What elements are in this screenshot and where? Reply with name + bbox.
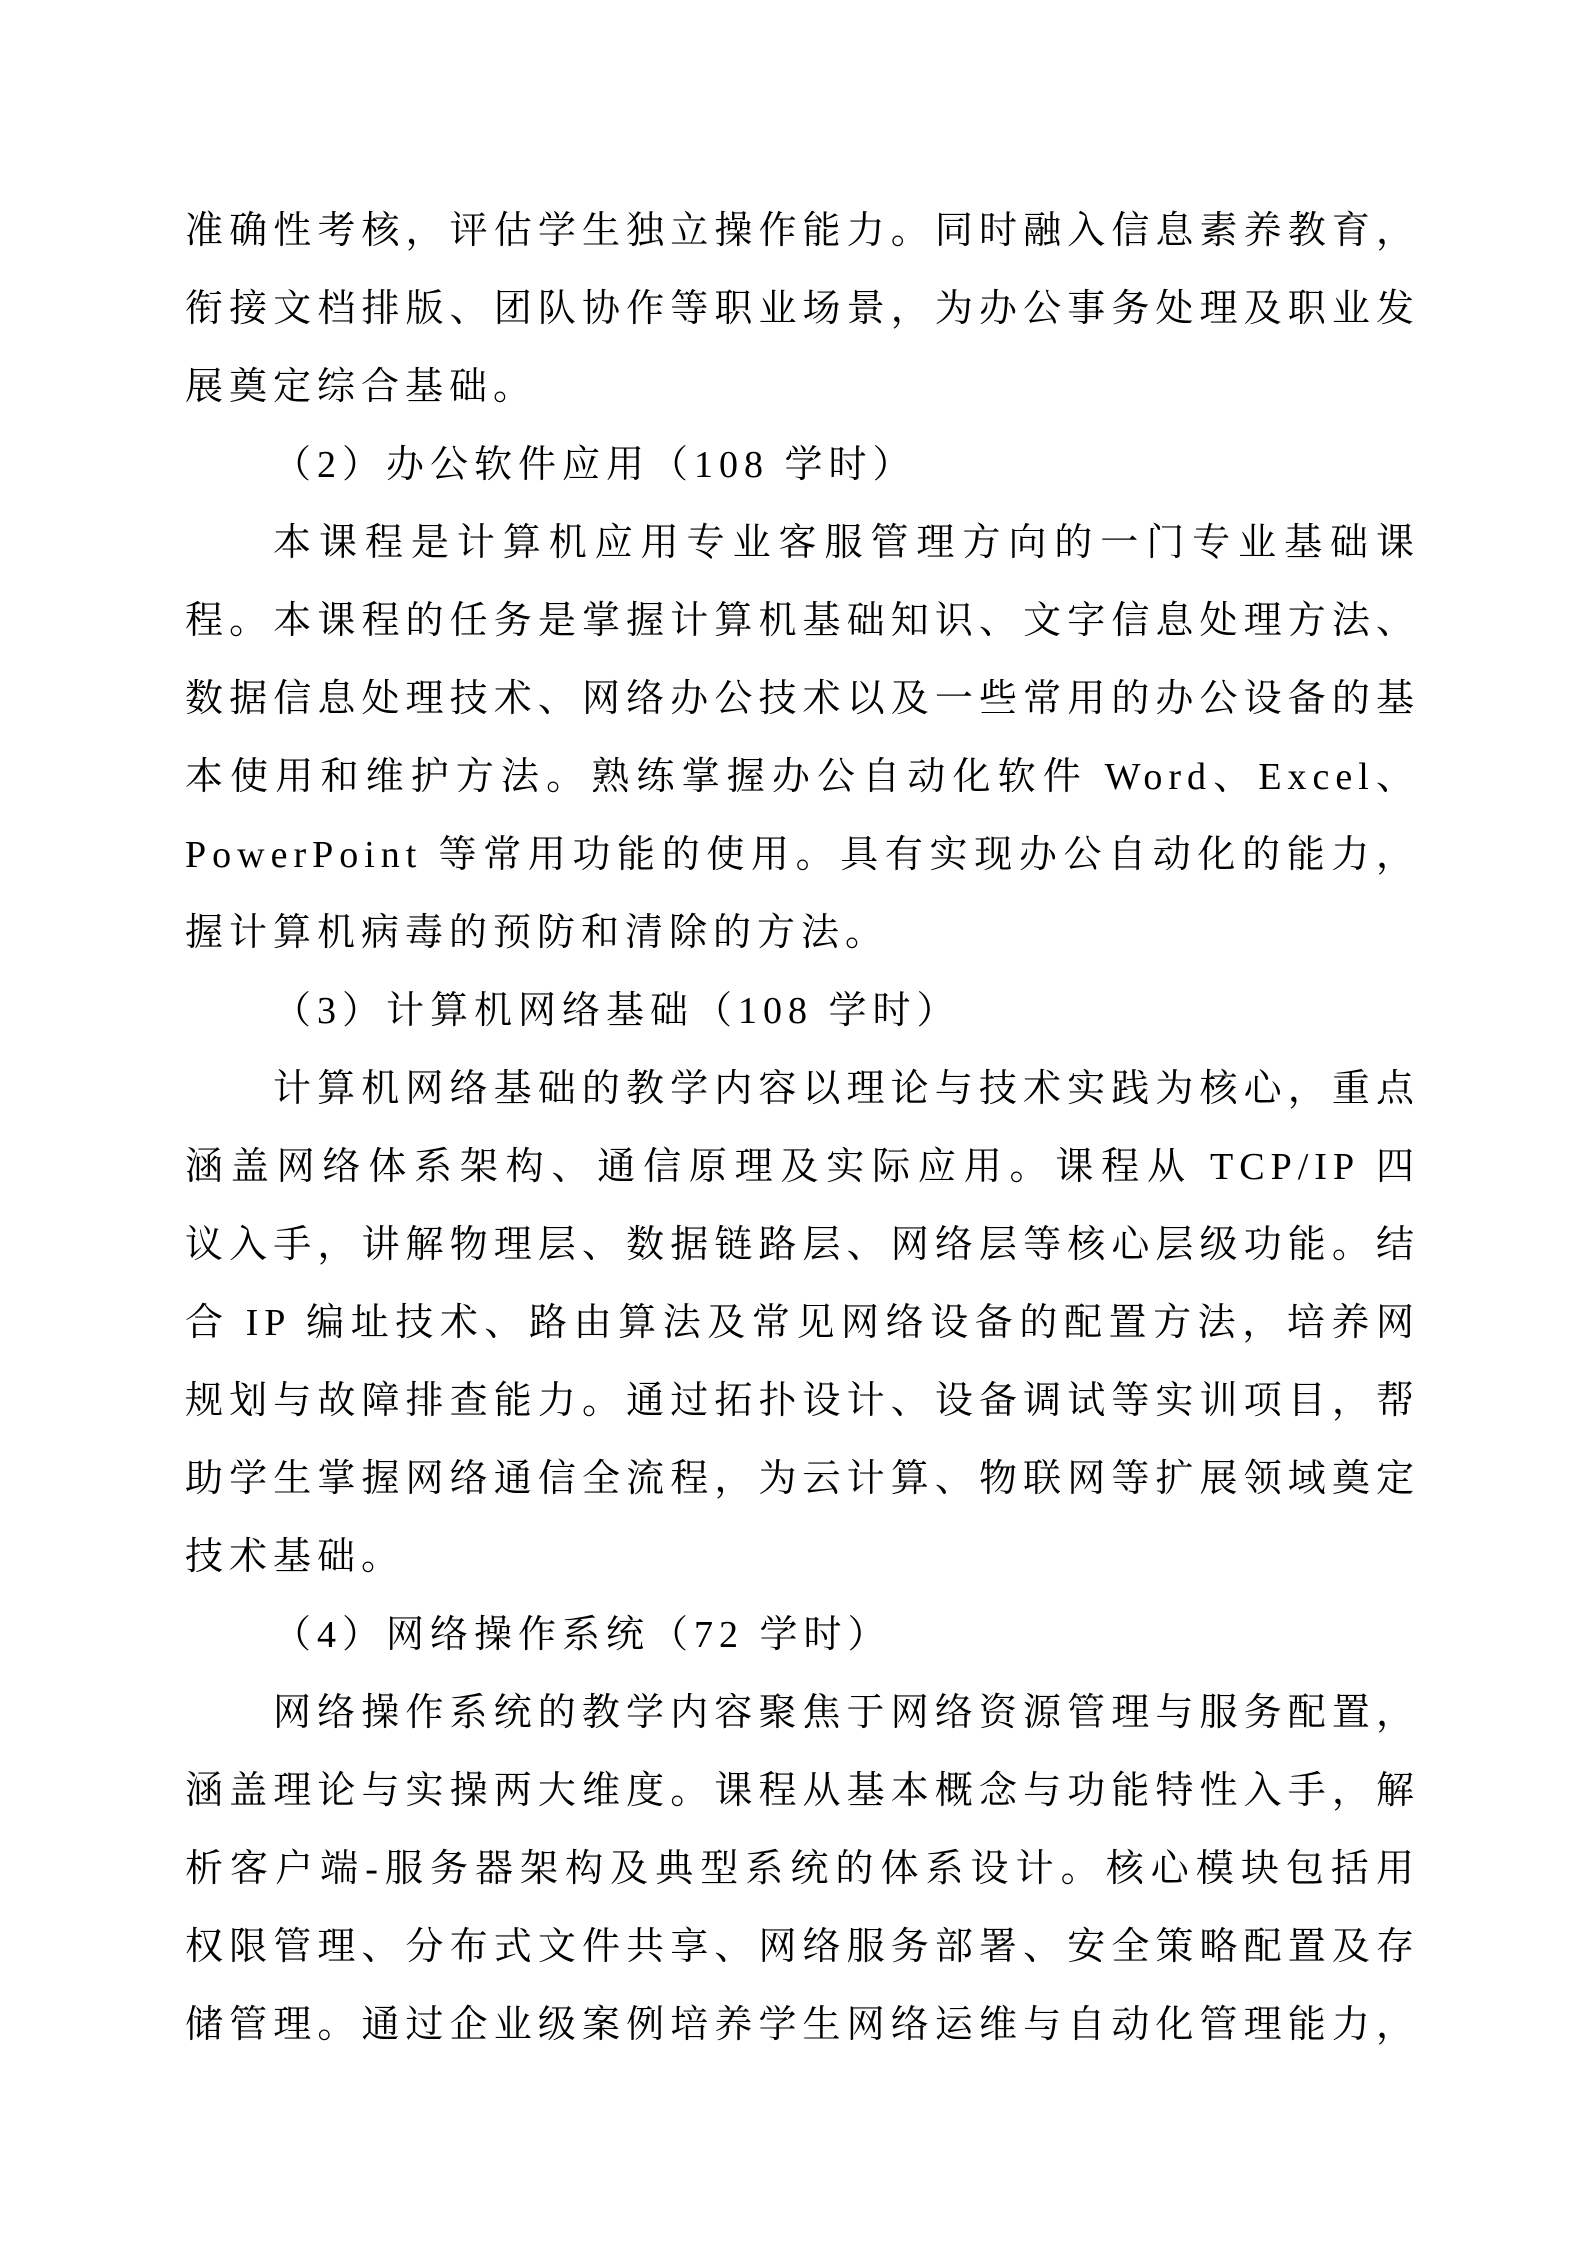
text-line: 规划与故障排查能力。通过拓扑设计、设备调试等实训项目，帮 (185, 1362, 1420, 1440)
text-line: 数据信息处理技术、网络办公技术以及一些常用的办公设备的基 (185, 660, 1420, 738)
text-line: （3）计算机网络基础（108 学时） (185, 972, 1420, 1050)
text-line: 议入手，讲解物理层、数据链路层、网络层等核心层级功能。结 (185, 1206, 1420, 1284)
text-line: 涵盖网络体系架构、通信原理及实际应用。课程从 TCP/IP 四层协 (185, 1128, 1420, 1206)
text-line: 展奠定综合基础。 (185, 348, 1420, 426)
text-line: PowerPoint 等常用功能的使用。具有实现办公自动化的能力，掌 (185, 816, 1420, 894)
document-page: 准确性考核，评估学生独立操作能力。同时融入信息素养教育，衔接文档排版、团队协作等… (0, 0, 1587, 2245)
text-line: 握计算机病毒的预防和清除的方法。 (185, 894, 1420, 972)
text-line: （4）网络操作系统（72 学时） (185, 1596, 1420, 1674)
text-line: 本课程是计算机应用专业客服管理方向的一门专业基础课 (185, 504, 1420, 582)
text-line: 权限管理、分布式文件共享、网络服务部署、安全策略配置及存 (185, 1908, 1420, 1986)
text-line: 储管理。通过企业级案例培养学生网络运维与自动化管理能力， (185, 1986, 1420, 2064)
text-line: （2）办公软件应用（108 学时） (185, 426, 1420, 504)
text-line: 网络操作系统的教学内容聚焦于网络资源管理与服务配置， (185, 1674, 1420, 1752)
text-line: 本使用和维护方法。熟练掌握办公自动化软件 Word、Excel、 (185, 738, 1420, 816)
text-line: 准确性考核，评估学生独立操作能力。同时融入信息素养教育， (185, 192, 1420, 270)
text-line: 衔接文档排版、团队协作等职业场景，为办公事务处理及职业发 (185, 270, 1420, 348)
text-line: 程。本课程的任务是掌握计算机基础知识、文字信息处理方法、 (185, 582, 1420, 660)
document-body: 准确性考核，评估学生独立操作能力。同时融入信息素养教育，衔接文档排版、团队协作等… (185, 192, 1420, 2064)
text-line: 技术基础。 (185, 1518, 1420, 1596)
text-line: 析客户端-服务器架构及典型系统的体系设计。核心模块包括用户 (185, 1830, 1420, 1908)
text-line: 涵盖理论与实操两大维度。课程从基本概念与功能特性入手，解 (185, 1752, 1420, 1830)
text-line: 计算机网络基础的教学内容以理论与技术实践为核心，重点 (185, 1050, 1420, 1128)
text-line: 助学生掌握网络通信全流程，为云计算、物联网等扩展领域奠定 (185, 1440, 1420, 1518)
text-line: 合 IP 编址技术、路由算法及常见网络设备的配置方法，培养网络 (185, 1284, 1420, 1362)
